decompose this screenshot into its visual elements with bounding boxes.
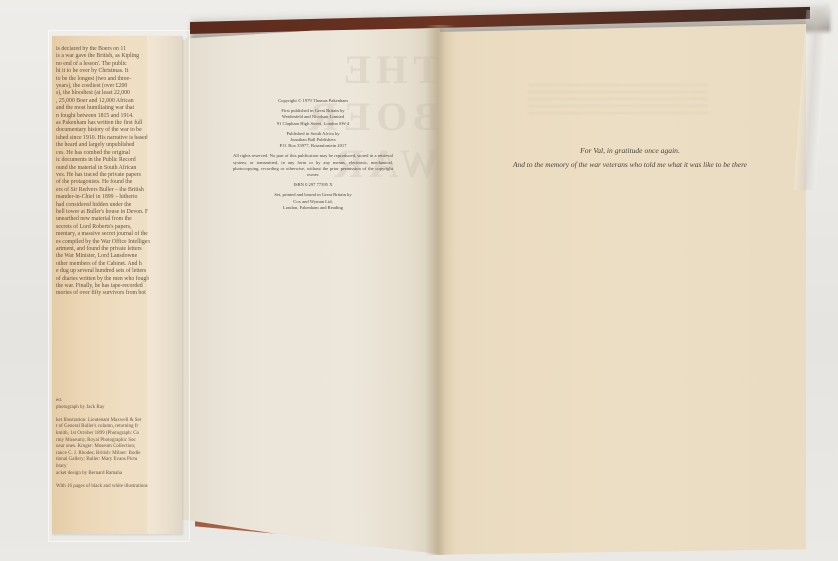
publisher-sa: Published in South Africa by Jonathan Ba…	[233, 131, 393, 150]
printer-line: Set, printed and bound in Great Britain …	[274, 192, 351, 197]
publisher-sa-line: Jonathan Ball Publishers	[290, 137, 335, 142]
text-show-through	[528, 79, 708, 119]
rights-notice: All rights reserved. No part of this pub…	[233, 153, 393, 178]
printer-info: Set, printed and bound in Great Britain …	[233, 192, 393, 211]
jacket-plastic-cover	[48, 30, 190, 542]
book-photograph: THE BOER WAR Copyright © 1979 Thomas Pak…	[0, 0, 838, 561]
publisher-sa-line: P.O. Box 33977, Braamfontein 2017	[280, 143, 347, 148]
dedication: For Val, in gratitude once again. And to…	[450, 144, 810, 172]
publisher-gb-line: 91 Clapham High Street, London SW 4	[277, 121, 350, 126]
isbn: ISBN 0 297 77395 X	[233, 182, 393, 188]
dedication-line-2: And to the memory of the war veterans wh…	[450, 158, 810, 172]
book-gutter	[425, 25, 455, 555]
copyright-line: Copyright © 1979 Thomas Pakenham	[233, 98, 393, 104]
copyright-page: THE BOER WAR Copyright © 1979 Thomas Pak…	[185, 28, 440, 554]
publisher-gb-line: Weidenfeld and Nicolson Limited	[282, 114, 344, 119]
printer-line: Cox and Wyman Ltd,	[293, 199, 332, 204]
publisher-gb-line: First published in Great Britain by	[281, 108, 344, 113]
publisher-gb: First published in Great Britain by Weid…	[233, 108, 393, 127]
dedication-page: For Val, in gratitude once again. And to…	[438, 24, 806, 560]
copyright-block: Copyright © 1979 Thomas Pakenham First p…	[233, 98, 393, 215]
dedication-line-1: For Val, in gratitude once again.	[450, 144, 810, 158]
printer-line: London, Fakenham and Reading	[283, 205, 343, 210]
publisher-sa-line: Published in South Africa by	[286, 131, 339, 136]
